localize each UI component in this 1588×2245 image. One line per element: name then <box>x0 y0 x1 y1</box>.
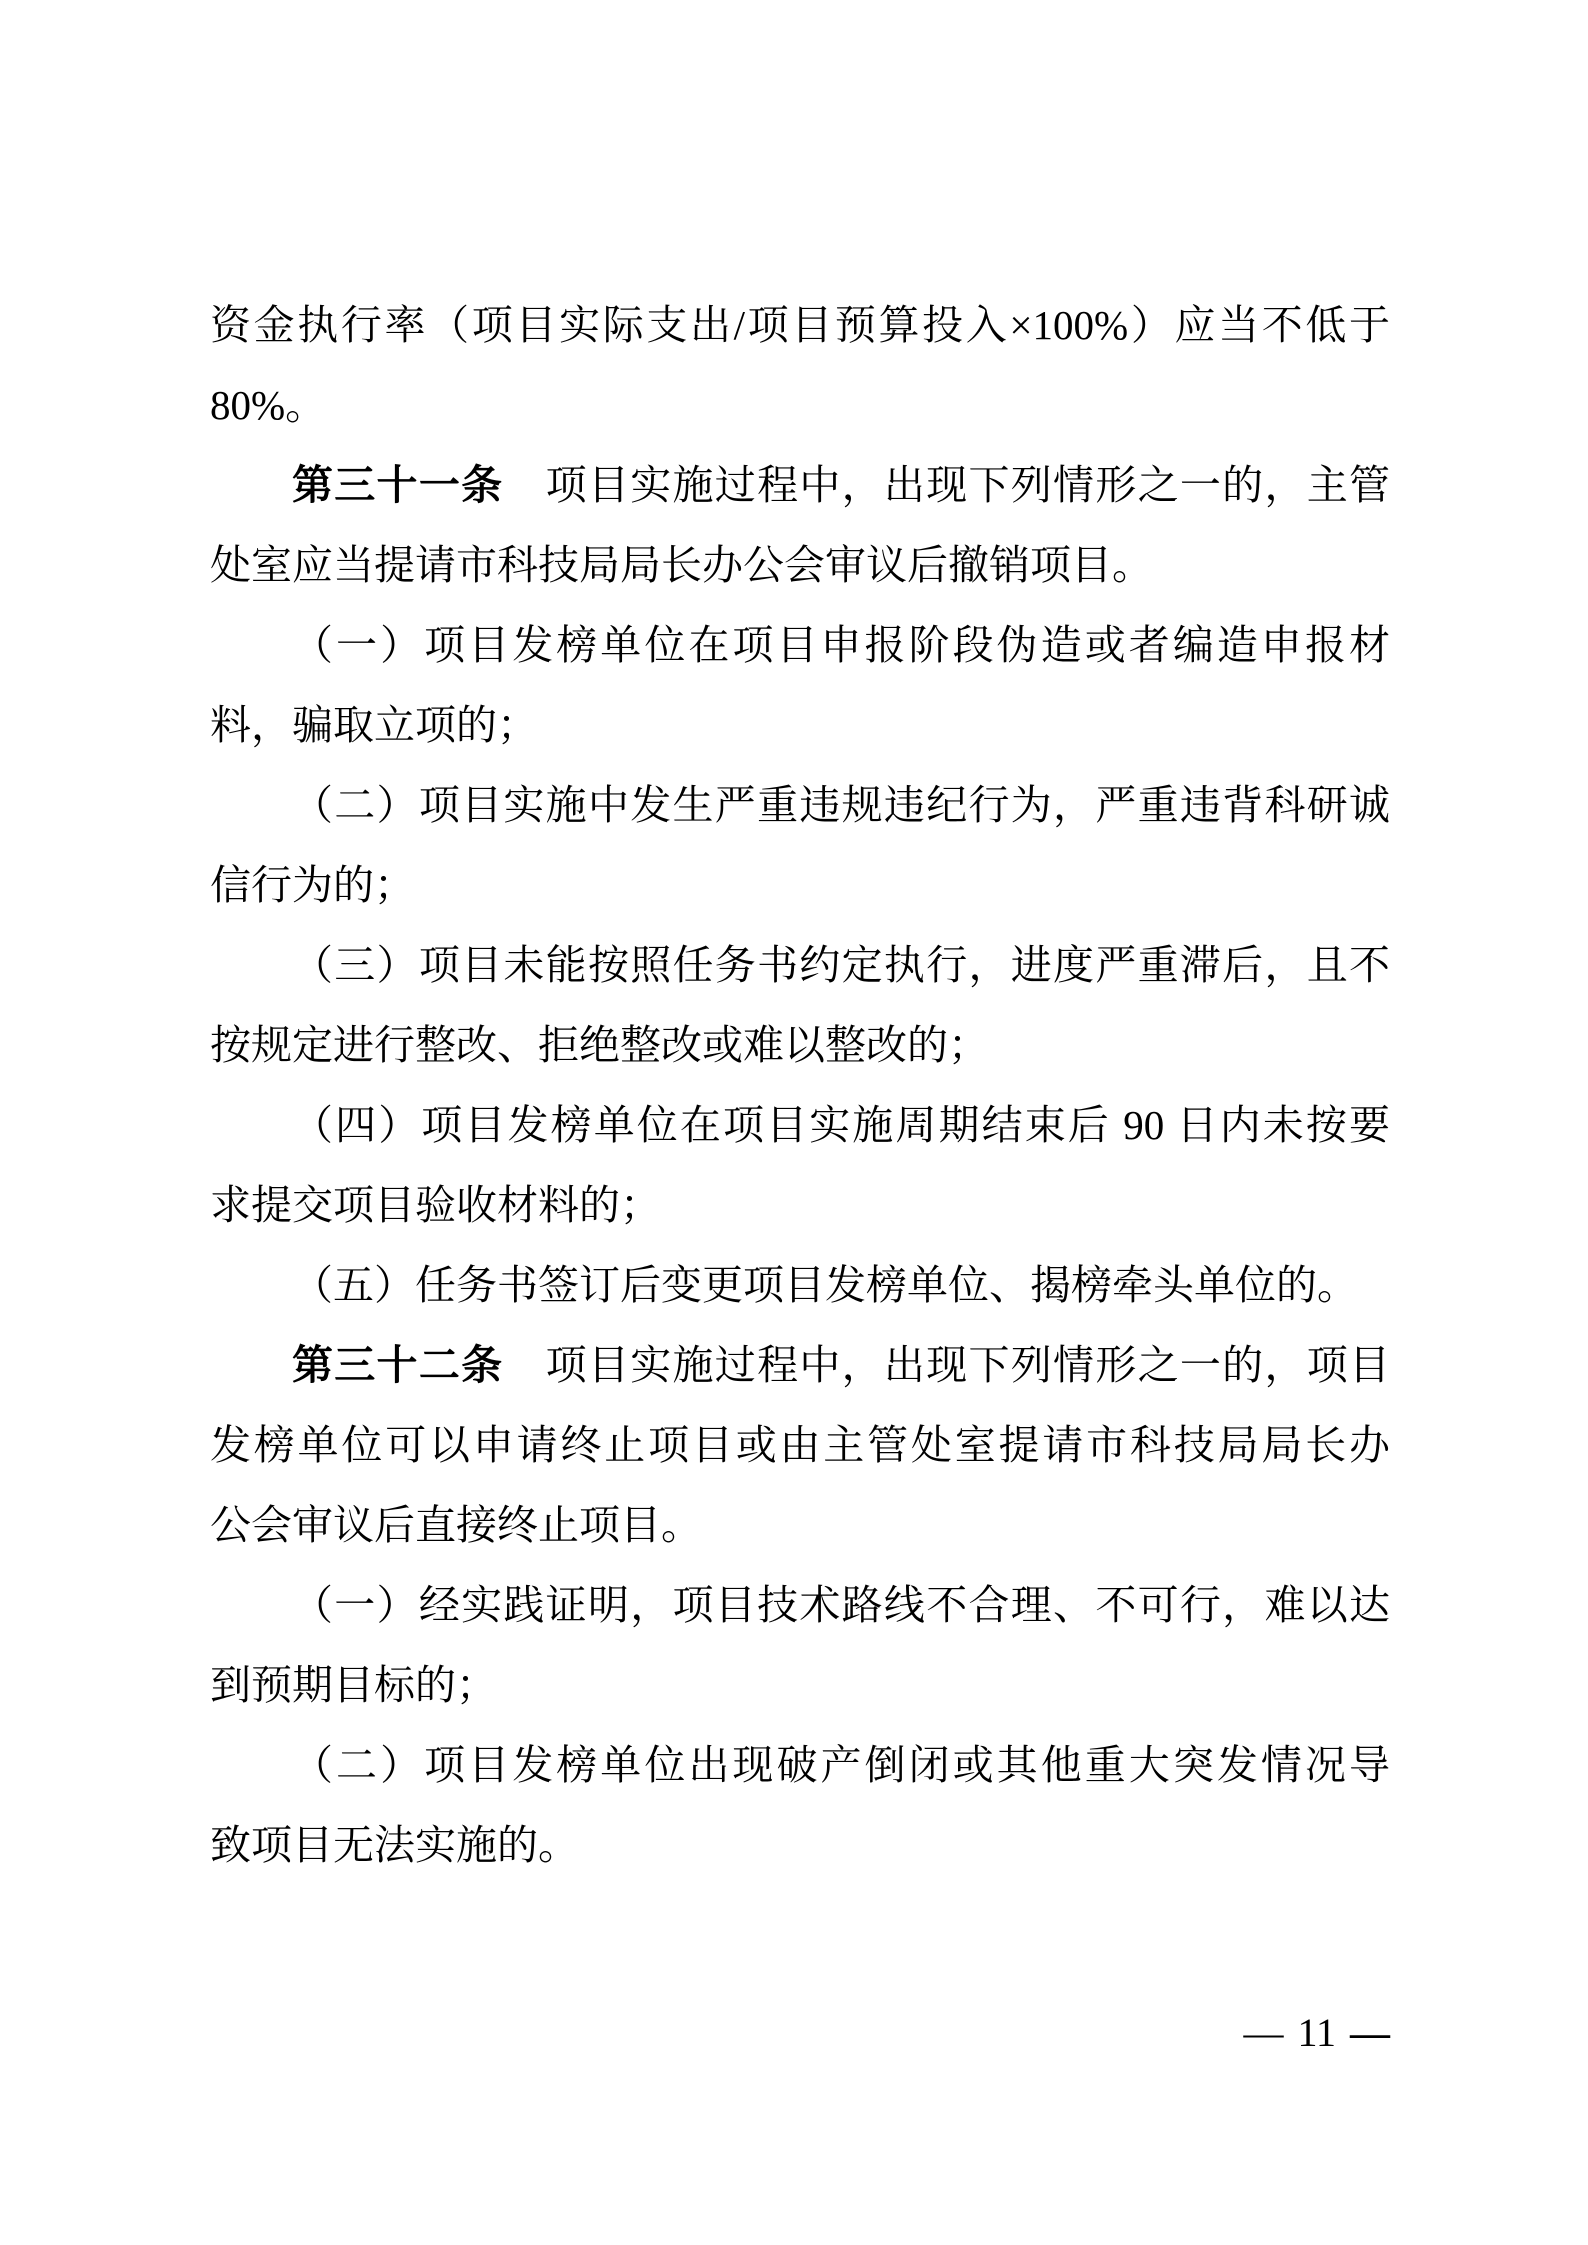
text-line: （一）经实践证明，项目技术路线不合理、不可行，难以达 <box>210 1565 1390 1645</box>
page-number: —11— <box>1243 2003 1390 2063</box>
text-line: 致项目无法实施的。 <box>210 1805 1390 1885</box>
text-line: （一）项目发榜单位在项目申报阶段伪造或者编造申报材 <box>210 605 1390 685</box>
text-line: 资金执行率（项目实际支出/项目预算投入×100%）应当不低于 <box>210 285 1390 365</box>
document-body: 资金执行率（项目实际支出/项目预算投入×100%）应当不低于 80%。 第三十一… <box>210 285 1390 1885</box>
article-31-heading-text: 项目实施过程中，出现下列情形之一的，主管 <box>503 462 1390 508</box>
article-32-heading-text: 项目实施过程中，出现下列情形之一的，项目 <box>503 1342 1390 1388</box>
text-line: 按规定进行整改、拒绝整改或难以整改的； <box>210 1005 1390 1085</box>
text-line: 80%。 <box>210 365 1390 445</box>
text-line: 信行为的； <box>210 845 1390 925</box>
text-line: 发榜单位可以申请终止项目或由主管处室提请市科技局局长办 <box>210 1405 1390 1485</box>
text-line: 料，骗取立项的； <box>210 685 1390 765</box>
article-32-heading-line: 第三十二条 项目实施过程中，出现下列情形之一的，项目 <box>210 1325 1390 1405</box>
text-line: 处室应当提请市科技局局长办公会审议后撤销项目。 <box>210 525 1390 605</box>
text-line: （三）项目未能按照任务书约定执行，进度严重滞后，且不 <box>210 925 1390 1005</box>
article-32-number: 第三十二条 <box>292 1342 503 1388</box>
text-line: （五）任务书签订后变更项目发榜单位、揭榜牵头单位的。 <box>210 1245 1390 1325</box>
article-31-heading-line: 第三十一条 项目实施过程中，出现下列情形之一的，主管 <box>210 445 1390 525</box>
text-line: （二）项目实施中发生严重违规违纪行为，严重违背科研诚 <box>210 765 1390 845</box>
text-line: （四）项目发榜单位在项目实施周期结束后 90 日内未按要 <box>210 1085 1390 1165</box>
page-number-dash-right: — <box>1350 2010 1390 2055</box>
page-number-dash-left: — <box>1243 2010 1283 2055</box>
document-page: { "page": { "background": "#ffffff", "te… <box>0 0 1588 2245</box>
text-line: 求提交项目验收材料的； <box>210 1165 1390 1245</box>
article-31-number: 第三十一条 <box>292 462 503 508</box>
page-number-value: 11 <box>1297 2010 1336 2055</box>
text-line: 到预期目标的； <box>210 1645 1390 1725</box>
text-line: 公会审议后直接终止项目。 <box>210 1485 1390 1565</box>
text-line: （二）项目发榜单位出现破产倒闭或其他重大突发情况导 <box>210 1725 1390 1805</box>
